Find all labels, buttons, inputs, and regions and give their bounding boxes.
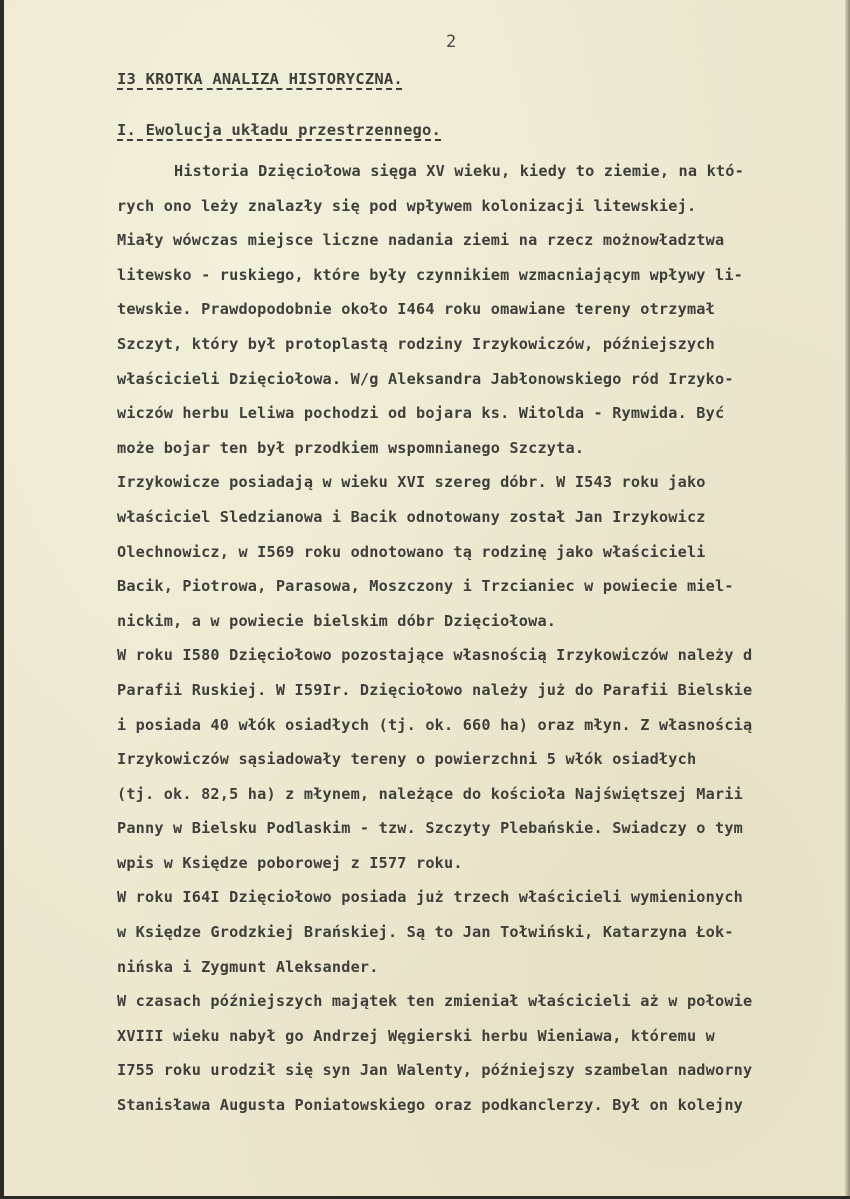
- text-line: (tj. ok. 82,5 ha) z młynem, należące do …: [117, 783, 850, 818]
- text-line: wpis w Księdze poborowej z I577 roku.: [117, 852, 850, 887]
- page-number: 2: [446, 32, 456, 52]
- text-line: XVIII wieku nabył go Andrzej Węgierski h…: [117, 1025, 850, 1060]
- text-line: właściciel Sledzianowa i Bacik odnotowan…: [117, 506, 850, 541]
- scan-edge-left: [0, 0, 4, 1199]
- text-line: Irzykowiczów sąsiadowały tereny o powier…: [117, 748, 850, 783]
- text-line: Stanisława Augusta Poniatowskiego oraz p…: [117, 1094, 850, 1129]
- text-line: litewsko - ruskiego, które były czynniki…: [117, 264, 850, 299]
- body-text: Historia Dzięciołowa sięga XV wieku, kie…: [117, 160, 850, 1129]
- text-line: Panny w Bielsku Podlaskim - tzw. Szczyty…: [117, 817, 850, 852]
- text-line: i posiada 40 włók osiadłych (tj. ok. 660…: [117, 714, 850, 749]
- text-line: W roku I64I Dzięciołowo posiada już trze…: [117, 886, 850, 921]
- text-line: Olechnowicz, w I569 roku odnotowano tą r…: [117, 541, 850, 576]
- text-line: I755 roku urodził się syn Jan Walenty, p…: [117, 1059, 850, 1094]
- text-line: może bojar ten był przodkiem wspomnianeg…: [117, 437, 850, 472]
- text-line: w Księdze Grodzkiej Brańskiej. Są to Jan…: [117, 921, 850, 956]
- text-line: Szczyt, który był protoplastą rodziny Ir…: [117, 333, 850, 368]
- subsection-heading: I. Ewolucja układu przestrzennego.: [117, 121, 441, 139]
- document-page: 2 I3 KROTKA ANALIZA HISTORYCZNA. I. Ewol…: [0, 0, 850, 1199]
- text-line: tewskie. Prawdopodobnie około I464 roku …: [117, 298, 850, 333]
- text-line: Irzykowicze posiadają w wieku XVI szereg…: [117, 471, 850, 506]
- text-line: właścicieli Dzięciołowa. W/g Aleksandra …: [117, 368, 850, 403]
- text-line: nińska i Zygmunt Aleksander.: [117, 956, 850, 991]
- section-heading: I3 KROTKA ANALIZA HISTORYCZNA.: [117, 70, 403, 88]
- text-line: wiczów herbu Leliwa pochodzi od bojara k…: [117, 402, 850, 437]
- text-line: rych ono leży znalazły się pod wpływem k…: [117, 195, 850, 230]
- text-line: Historia Dzięciołowa sięga XV wieku, kie…: [117, 160, 850, 195]
- text-line: W czasach późniejszych majątek ten zmien…: [117, 990, 850, 1025]
- text-line: nickim, a w powiecie bielskim dóbr Dzięc…: [117, 610, 850, 645]
- text-line: Parafii Ruskiej. W I59Ir. Dzięciołowo na…: [117, 679, 850, 714]
- text-line: Bacik, Piotrowa, Parasowa, Moszczony i T…: [117, 575, 850, 610]
- text-line: W roku I580 Dzięciołowo pozostające włas…: [117, 644, 850, 679]
- text-line: Miały wówczas miejsce liczne nadania zie…: [117, 229, 850, 264]
